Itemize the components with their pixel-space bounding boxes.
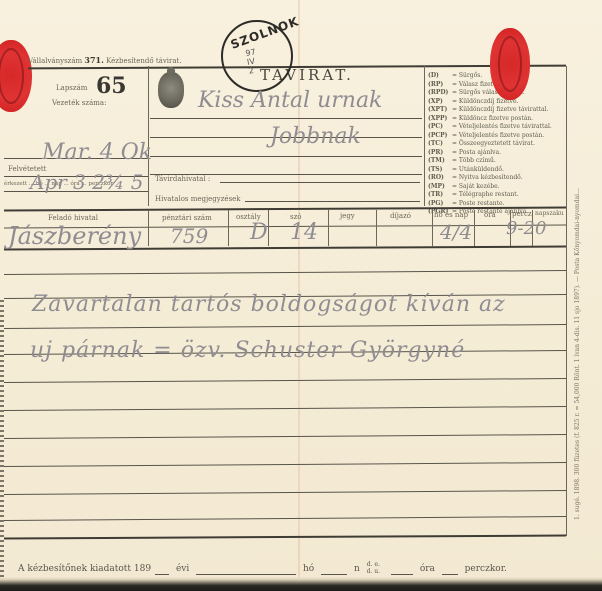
col-divider bbox=[328, 210, 329, 246]
delivery-line: A kézbesítőnek kiadatott 189 évi hó n d.… bbox=[18, 561, 511, 575]
left-column-divider bbox=[148, 66, 149, 206]
page-number: 65 bbox=[96, 73, 127, 99]
abbreviations-legend: (D)= Sürgős. (RP)= Válasz fizetve. (RPD)… bbox=[428, 72, 552, 217]
month-label: hó bbox=[303, 564, 314, 574]
time-value: 9-20 bbox=[506, 218, 546, 239]
day-blank bbox=[321, 565, 347, 575]
abbr-item: (RP)= Válasz fizetve. bbox=[428, 81, 552, 90]
wax-seal-right bbox=[490, 28, 530, 100]
abbr-item: (XP)= Küldönczdíj fizetve. bbox=[428, 98, 552, 107]
col-divider bbox=[474, 210, 475, 246]
hour-label: óra bbox=[420, 564, 435, 574]
cash-number-value: 759 bbox=[170, 224, 208, 248]
printer-imprint: 1. sugé. 1898. 300 füzetes (f. 825 r. = … bbox=[574, 188, 581, 520]
hour-blank bbox=[391, 565, 413, 575]
date-value: 4/4 bbox=[440, 220, 472, 244]
coat-of-arms-icon bbox=[158, 72, 184, 108]
abbr-item: (TC)= Összeegyeztetett távirat. bbox=[428, 140, 552, 149]
col-divider bbox=[228, 210, 229, 246]
class-value: D bbox=[250, 220, 268, 245]
year-suffix: évi bbox=[176, 564, 189, 574]
col-divider bbox=[432, 210, 433, 246]
delivery-prefix: A kézbesítőnek kiadatott 189 bbox=[18, 564, 151, 574]
address-rule-3 bbox=[150, 156, 422, 157]
col-header-date: hó és nap bbox=[434, 211, 468, 219]
right-border bbox=[566, 66, 567, 536]
am-pm-selector: d. e.d. u. bbox=[367, 561, 384, 575]
abbr-item: (PR)= Posta ajánlva. bbox=[428, 149, 552, 158]
office-rule bbox=[220, 182, 420, 183]
day-label: n bbox=[354, 564, 360, 574]
pm-label: d. u. bbox=[367, 568, 380, 575]
abbr-item: (PC)= Vételjelentés fizetve távirattal. bbox=[428, 123, 552, 132]
minute-blank bbox=[442, 565, 458, 575]
remarks-label: Hivatalos megjegyzések bbox=[155, 195, 241, 203]
page-label: Lapszám bbox=[56, 84, 87, 92]
abbr-box-divider bbox=[424, 66, 425, 206]
scan-background-edge bbox=[0, 577, 602, 591]
message-line-2: uj párnak = özv. Schuster Györgyné bbox=[30, 338, 465, 363]
col-divider bbox=[376, 210, 377, 246]
message-line-1: Zavartalan tartós boldogságot kíván az bbox=[32, 292, 506, 317]
abbr-item: (RPD)= Sürgős válasz fizetve. bbox=[428, 89, 552, 98]
postmark-day: 2 bbox=[248, 65, 260, 76]
postmark-date: 97 IV 2 bbox=[245, 47, 260, 75]
office-label: Távirdahivatal : bbox=[155, 175, 210, 183]
received-note-2: Apr 3 2¾ 5 bbox=[30, 170, 143, 194]
col-header-sender-office: Feladó hivatal bbox=[48, 214, 98, 222]
words-value: 14 bbox=[290, 220, 318, 245]
minute-label: perczkor. bbox=[465, 564, 507, 574]
am-label: d. e. bbox=[367, 561, 380, 568]
form-header: Vállalványszám 371. Kézbesítendő távirat… bbox=[28, 55, 182, 65]
col-divider bbox=[148, 210, 149, 246]
form-type: Kézbesítendő távirat. bbox=[106, 57, 181, 65]
month-blank bbox=[196, 565, 296, 575]
col-header-minute: percz bbox=[512, 210, 532, 218]
abbr-item: (MP)= Saját kezébe. bbox=[428, 183, 552, 192]
abbr-item: (RO)= Nyitva kézbesítendő. bbox=[428, 174, 552, 183]
recipient-name: Kiss Antal urnak bbox=[198, 88, 382, 113]
abbr-item: (XPT)= Küldönczdíj fizetve távirattal. bbox=[428, 106, 552, 115]
col-header-hour: óra bbox=[484, 211, 496, 219]
col-header-mark: jegy bbox=[340, 212, 355, 220]
col-divider bbox=[268, 210, 269, 246]
abbr-item: (XPP)= Küldöncz fizetve postán. bbox=[428, 115, 552, 124]
col-header-daypart: napszaku bbox=[535, 210, 564, 217]
received-note-1: Mar. 4 Ok bbox=[42, 140, 152, 165]
address-rule-1 bbox=[150, 118, 422, 119]
abbr-item: (PCP)= Vételjelentés fizetve postán. bbox=[428, 132, 552, 141]
abbr-item: (TR)= Télégraphe restant. bbox=[428, 191, 552, 200]
sender-office-value: Jászberény bbox=[8, 222, 141, 250]
col-header-fee: díjazó bbox=[390, 212, 411, 220]
form-number: 371. bbox=[84, 55, 103, 65]
col-header-cash-number: pénztári szám bbox=[162, 214, 212, 222]
year-blank bbox=[155, 565, 169, 575]
recipient-location: Jobbnak bbox=[270, 124, 361, 149]
abbr-item: (TS)= Utánküldendő. bbox=[428, 166, 552, 175]
postmark-stamp: SZOLNOK 97 IV 2 bbox=[221, 20, 293, 92]
abbr-item: (TM)= Több czímű. bbox=[428, 157, 552, 166]
line-count-label: Vezeték száma: bbox=[52, 99, 106, 107]
remarks-rule bbox=[245, 201, 420, 202]
header-label: Vállalványszám bbox=[28, 57, 82, 65]
